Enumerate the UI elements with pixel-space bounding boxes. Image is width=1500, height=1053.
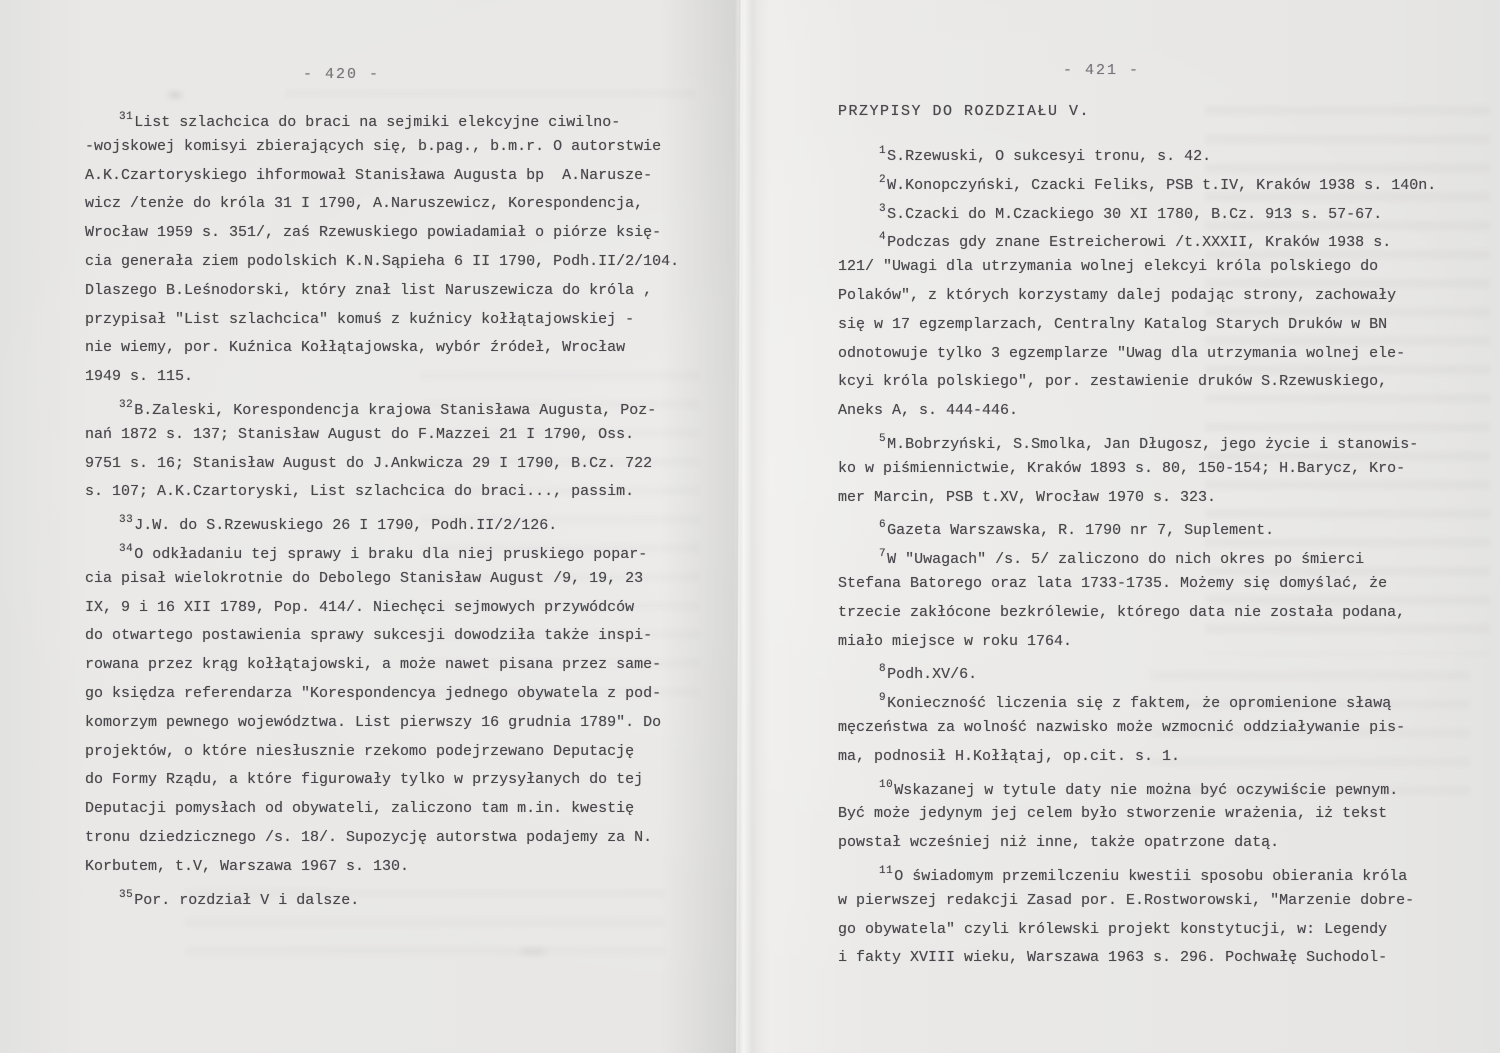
page-gutter-crease — [735, 0, 744, 1053]
footnote-number: 7 — [879, 548, 886, 560]
footnote-number: 31 — [119, 111, 133, 123]
text-line: 1949 s. 115. — [85, 363, 695, 392]
text-line: cia generała ziem podolskich K.N.Sąpieha… — [85, 248, 695, 277]
footnote-first-line: 32B.Zaleski, Korespondencja krajowa Stan… — [85, 392, 695, 421]
text-line: Aneks A, s. 444-446. — [838, 397, 1478, 426]
text-line: Stefana Batorego oraz lata 1733-1735. Mo… — [838, 570, 1478, 599]
footnote-first-line: 8Podh.XV/6. — [838, 656, 1478, 685]
text-line: i fakty XVIII wieku, Warszawa 1963 s. 29… — [838, 944, 1478, 973]
text-line: Deputacji pomysłach od obywateli, zalicz… — [85, 795, 695, 824]
footnote-number: 2 — [879, 174, 886, 186]
footnote-first-line: 5M.Bobrzyński, S.Smolka, Jan Długosz, je… — [838, 426, 1478, 455]
footnote-number: 11 — [879, 865, 893, 877]
text-line: nań 1872 s. 137; Stanisław August do F.M… — [85, 421, 695, 450]
footnote-number: 10 — [879, 779, 893, 791]
footnote-number: 4 — [879, 231, 886, 243]
footnote-first-line: 31List szlachcica do braci na sejmiki el… — [85, 104, 695, 133]
text-line: -wojskowej komisyi zbierających się, b.p… — [85, 133, 695, 162]
text-line: tronu dziedzicznego /s. 18/. Supozycję a… — [85, 824, 695, 853]
text-line: ma, podnosił H.Kołłątaj, op.cit. s. 1. — [838, 743, 1478, 772]
page-number-left: - 420 - — [303, 66, 380, 83]
text-line: Być może jedynym jej celem było stworzen… — [838, 800, 1478, 829]
text-line: do Formy Rządu, a które figurowały tylko… — [85, 766, 695, 795]
text-line: się w 17 egzemplarzach, Centralny Katalo… — [838, 311, 1478, 340]
text-line: odnotowuje tylko 3 egzemplarze "Uwag dla… — [838, 340, 1478, 369]
footnote-number: 1 — [879, 145, 886, 157]
text-line: rowana przez krąg kołłątajowski, a może … — [85, 651, 695, 680]
text-line: powstał wcześniej niż inne, także opatrz… — [838, 829, 1478, 858]
text-line: go obywatela" czyli królewski projekt ko… — [838, 916, 1478, 945]
footnote-first-line: 35Por. rozdział V i dalsze. — [85, 882, 695, 911]
footnote-first-line: 33J.W. do S.Rzewuskiego 26 I 1790, Podh.… — [85, 507, 695, 536]
footnotes-left: 31List szlachcica do braci na sejmiki el… — [85, 104, 695, 910]
footnote-first-line: 34O odkładaniu tej sprawy i braku dla ni… — [85, 536, 695, 565]
text-line: kcyi króla polskiego", por. zestawienie … — [838, 368, 1478, 397]
text-line: Polaków", z których korzystamy dalej pod… — [838, 282, 1478, 311]
text-line: komorzym pewnego województwa. List pierw… — [85, 709, 695, 738]
footnote-number: 9 — [879, 692, 886, 704]
footnote-first-line: 1S.Rzewuski, O sukcesyi tronu, s. 42. — [838, 138, 1478, 167]
text-line: A.K.Czartoryskiego ihformował Stanisława… — [85, 162, 695, 191]
footnote-first-line: 3S.Czacki do M.Czackiego 30 XI 1780, B.C… — [838, 196, 1478, 225]
footnote-first-line: 2W.Konopczyński, Czacki Feliks, PSB t.IV… — [838, 167, 1478, 196]
footnote-first-line: 11O świadomym przemilczeniu kwestii spos… — [838, 858, 1478, 887]
paper-smudge — [520, 948, 546, 955]
scanned-book-spread: - 420 - 31List szlachcica do braci na se… — [0, 0, 1500, 1053]
footnote-number: 5 — [879, 433, 886, 445]
footnote-number: 3 — [879, 203, 886, 215]
footnote-number: 32 — [119, 399, 133, 411]
text-line: wicz /tenże do króla 31 I 1790, A.Narusz… — [85, 190, 695, 219]
text-line: nie wiemy, por. Kuźnica Kołłątajowska, w… — [85, 334, 695, 363]
chapter-notes-heading: PRZYPISY DO ROZDZIAŁU V. — [838, 103, 1090, 120]
text-line: męczeństwa za wolność nazwisko może wzmo… — [838, 714, 1478, 743]
text-line: IX, 9 i 16 XII 1789, Pop. 414/. Niechęci… — [85, 594, 695, 623]
footnote-number: 33 — [119, 514, 133, 526]
text-line: s. 107; A.K.Czartoryski, List szlachcica… — [85, 478, 695, 507]
footnote-first-line: 9Konieczność liczenia się z faktem, że o… — [838, 685, 1478, 714]
text-line: przypisał "List szlachcica" komuś z kuźn… — [85, 306, 695, 335]
text-line: cia pisał wielokrotnie do Debolego Stani… — [85, 565, 695, 594]
text-line: mer Marcin, PSB t.XV, Wrocław 1970 s. 32… — [838, 484, 1478, 513]
footnote-number: 34 — [119, 543, 133, 555]
paper-smudge — [168, 92, 182, 98]
footnotes-right: 1S.Rzewuski, O sukcesyi tronu, s. 42.2W.… — [838, 138, 1478, 973]
text-line: 9751 s. 16; Stanisław August do J.Ankwic… — [85, 450, 695, 479]
text-line: go księdza referendarza "Korespondencya … — [85, 680, 695, 709]
text-line: Dlaszego B.Leśnodorski, który znał list … — [85, 277, 695, 306]
footnote-number: 35 — [119, 889, 133, 901]
text-line: w pierwszej redakcji Zasad por. E.Rostwo… — [838, 887, 1478, 916]
footnote-first-line: 6Gazeta Warszawska, R. 1790 nr 7, Suplem… — [838, 512, 1478, 541]
text-line: do otwartego postawienia sprawy sukcesji… — [85, 622, 695, 651]
footnote-first-line: 7W "Uwagach" /s. 5/ zaliczono do nich ok… — [838, 541, 1478, 570]
text-line: projektów, o które niesłusznie rzekomo p… — [85, 738, 695, 767]
footnote-first-line: 4Podczas gdy znane Estreicherowi /t.XXXI… — [838, 224, 1478, 253]
footnote-number: 8 — [879, 663, 886, 675]
text-line: Wrocław 1959 s. 351/, zaś Rzewuskiego po… — [85, 219, 695, 248]
text-line: 121/ "Uwagi dla utrzymania wolnej elekcy… — [838, 253, 1478, 282]
text-line: Korbutem, t.V, Warszawa 1967 s. 130. — [85, 853, 695, 882]
footnote-number: 6 — [879, 519, 886, 531]
footnote-first-line: 10Wskazanej w tytule daty nie można być … — [838, 772, 1478, 801]
text-line: trzecie zakłócone bezkrólewie, którego d… — [838, 599, 1478, 628]
page-number-right: - 421 - — [1063, 62, 1140, 79]
text-line: ko w piśmiennictwie, Kraków 1893 s. 80, … — [838, 455, 1478, 484]
text-line: miało miejsce w roku 1764. — [838, 628, 1478, 657]
